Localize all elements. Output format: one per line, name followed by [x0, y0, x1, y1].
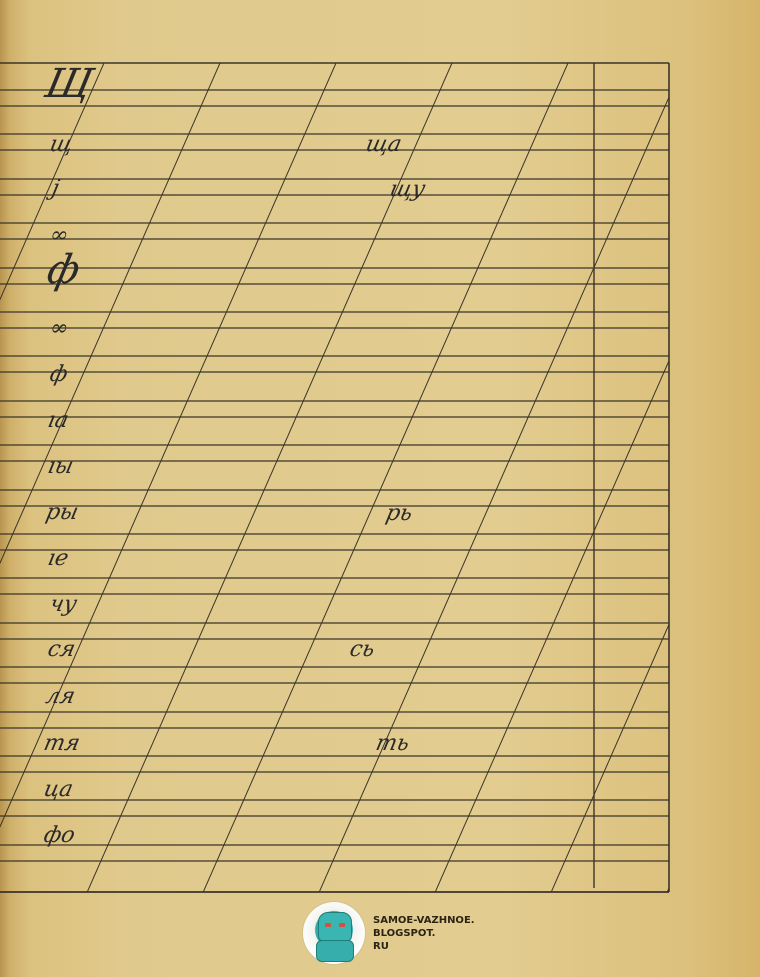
watermark-line: RU [373, 940, 475, 953]
letter-sample: тя [42, 733, 82, 755]
syllable-sample: ть [374, 733, 412, 755]
syllable-sample: сь [348, 639, 377, 661]
robot-avatar-icon [303, 902, 365, 964]
slant-guide-line [435, 63, 760, 892]
syllable-sample: рь [384, 503, 415, 525]
watermark-text: SAMOE-VAZHNOE. BLOGSPOT. RU [373, 914, 475, 953]
syllable-sample: щу [388, 179, 427, 201]
slant-lines [0, 63, 760, 892]
letter-sample: ся [46, 639, 78, 661]
letter-sample: ры [44, 502, 81, 524]
slant-guide-line [0, 63, 220, 892]
letter-sample: фо [42, 825, 77, 847]
letter-sample: щ [48, 134, 75, 156]
letter-sample: ля [44, 686, 77, 708]
watermark-line: BLOGSPOT. [373, 927, 475, 940]
letter-sample-shcha-capital: Щ [42, 64, 96, 104]
letter-sample: ıы [46, 456, 76, 478]
slant-guide-line [551, 63, 760, 892]
letter-sample: ца [42, 779, 75, 801]
letter-sample: чу [48, 594, 79, 616]
syllable-sample: ща [364, 134, 404, 156]
blog-watermark: SAMOE-VAZHNOE. BLOGSPOT. RU [303, 902, 475, 964]
slant-guide-line [319, 63, 684, 892]
slant-guide-line [203, 63, 568, 892]
slant-guide-line [667, 63, 760, 892]
watermark-line: SAMOE-VAZHNOE. [373, 914, 475, 927]
copybook-page: Щ щ ј ∞ ф ∞ ф ıa ıы ры ıe чу ся ля тя ца… [0, 0, 760, 977]
